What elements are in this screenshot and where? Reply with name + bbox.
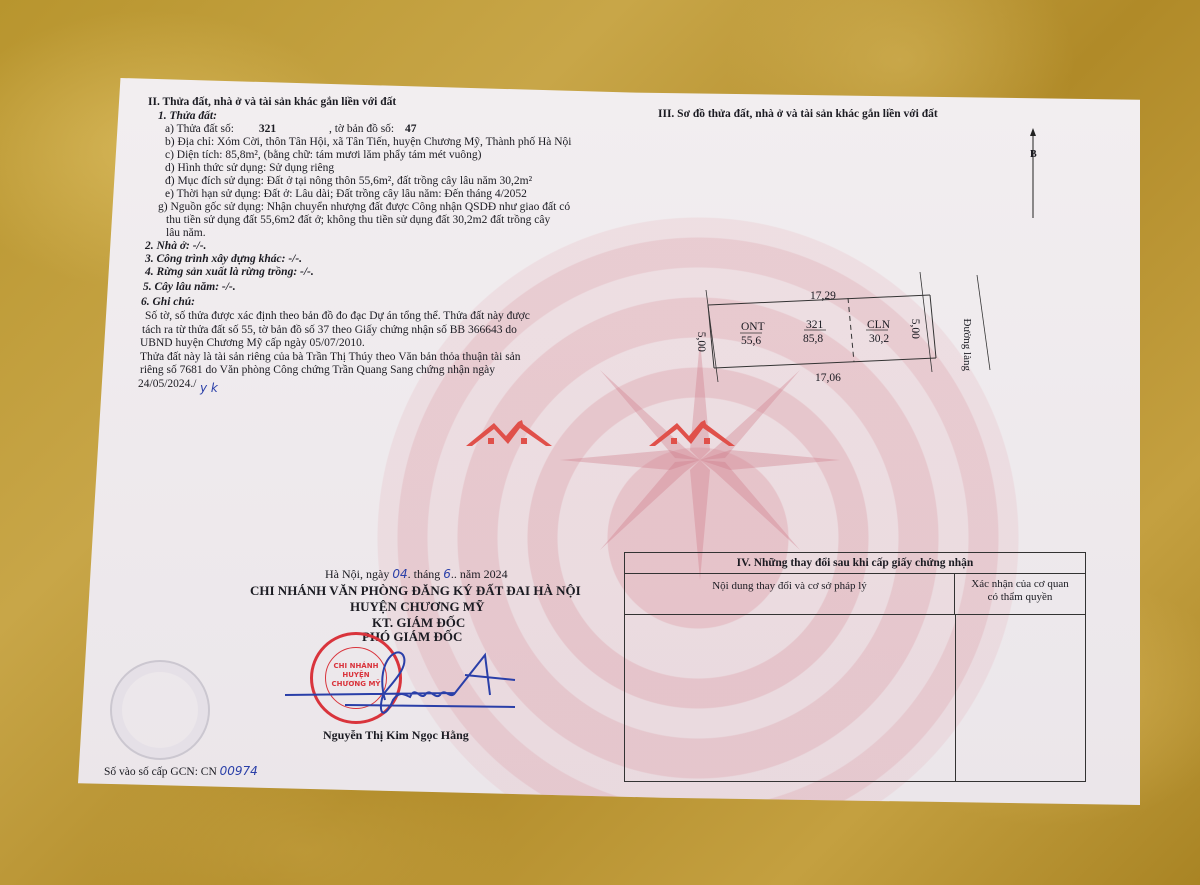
road-label: Đường làng [959, 319, 973, 371]
note-line: tách ra từ thửa đất số 55, tờ bản đồ số … [142, 324, 517, 338]
note-line: riêng số 7681 do Văn phòng Công chứng Tr… [140, 364, 495, 378]
signer-name: Nguyễn Thị Kim Ngọc Hằng [323, 729, 469, 743]
parcel-code: 321 [806, 319, 823, 333]
address: b) Địa chỉ: Xóm Cời, thôn Tân Hội, xã Tâ… [165, 136, 572, 150]
note-line: UBND huyện Chương Mỹ cấp ngày 05/07/2010… [140, 337, 365, 351]
notes-initials: y k [200, 382, 218, 396]
note-line: Số tờ, số thửa được xác định theo bản đồ… [145, 310, 530, 324]
plot-bottom-edge: 17,06 [815, 372, 841, 386]
plot-left-edge: 5,00 [693, 332, 707, 352]
notes-heading: 6. Ghi chú: [141, 296, 195, 310]
parcel-row: a) Thửa đất số: 321 , tờ bản đồ số: 47 [165, 123, 417, 137]
area: c) Diện tích: 85,8m², (bằng chữ: tám mươ… [165, 149, 481, 163]
house-roof-logo-icon [649, 418, 737, 448]
parcel-label: a) Thửa đất số: [165, 123, 234, 135]
col2-line: có thẩm quyền [955, 591, 1085, 604]
section2-title: II. Thửa đất, nhà ở và tài sản khác gắn … [148, 96, 396, 110]
note-line: Thửa đất này là tài sản riêng của bà Trầ… [140, 351, 521, 365]
role-line-1: KT. GIÁM ĐỐC [372, 616, 465, 630]
zone-cln-code: CLN [867, 319, 890, 333]
plot-top-edge: 17,29 [810, 290, 836, 304]
house-roof-logo-icon [466, 418, 554, 448]
parcel-area: 85,8 [803, 333, 823, 347]
construction-item: 3. Công trình xây dựng khác: -/-. [145, 253, 302, 267]
origin-line-2: thu tiền sử dụng đất 55,6m2 đất ở; không… [166, 214, 550, 228]
origin-line-3: lâu năm. [166, 227, 206, 241]
registry-line: Số vào số cấp GCN: CN 00974 [104, 765, 258, 780]
perennial-item: 5. Cây lâu năm: -/-. [143, 281, 236, 295]
changes-table-title: IV. Những thay đổi sau khi cấp giấy chứn… [625, 553, 1085, 574]
zone-ont-area: 55,6 [741, 335, 761, 349]
change-content-cell [625, 615, 956, 781]
house-item: 2. Nhà ở: -/-. [145, 240, 206, 254]
date-month-label: tháng [414, 567, 441, 581]
col2-line: Xác nhận của cơ quan [955, 578, 1085, 591]
north-arrow-icon [1026, 128, 1040, 218]
date-prefix: Hà Nội, ngày [325, 567, 389, 581]
usage-purpose: đ) Mục đích sử dụng: Đất ở tại nông thôn… [165, 175, 532, 189]
usage-term: e) Thời hạn sử dụng: Đất ở: Lâu dài; Đất… [165, 188, 527, 202]
north-label: B [1030, 148, 1037, 162]
map-sheet-number: 47 [405, 123, 417, 135]
org-line-2: HUYỆN CHƯƠNG MỸ [350, 600, 485, 614]
issue-date: Hà Nội, ngày 04. tháng 6.. năm 2024 [325, 568, 508, 582]
usage-form: d) Hình thức sử dụng: Sử dụng riêng [165, 162, 334, 176]
zone-ont-code: ONT [741, 321, 765, 335]
signature-scribble-icon [285, 645, 525, 720]
org-line-1: CHI NHÁNH VĂN PHÒNG ĐĂNG KÝ ĐẤT ĐAI HÀ N… [250, 584, 581, 598]
col-authority-confirmation: Xác nhận của cơ quan có thẩm quyền [955, 574, 1085, 614]
land-heading: 1. Thửa đất: [158, 110, 217, 124]
date-month: 6 [443, 567, 451, 581]
zone-cln-area: 30,2 [869, 333, 889, 347]
registry-label: Số vào số cấp GCN: CN [104, 766, 217, 778]
changes-table: IV. Những thay đổi sau khi cấp giấy chứn… [624, 552, 1086, 782]
date-day: 04 [392, 567, 407, 581]
origin-line-1: g) Nguồn gốc sử dụng: Nhận chuyển nhượng… [158, 201, 570, 215]
note-line: 24/05/2024./ [138, 378, 196, 392]
col-change-content: Nội dung thay đổi và cơ sở pháp lý [625, 574, 955, 614]
forest-item: 4. Rừng sản xuất là rừng trồng: -/-. [145, 266, 314, 280]
plot-right-edge: 5,00 [907, 319, 921, 339]
registry-number: 00974 [220, 764, 258, 778]
section3-title: III. Sơ đồ thửa đất, nhà ở và tài sản kh… [658, 108, 938, 122]
map-sheet-label: , tờ bản đồ số: [329, 123, 394, 135]
parcel-number: 321 [259, 123, 276, 135]
date-year: năm 2024 [460, 567, 508, 581]
embossed-seal [110, 660, 210, 760]
